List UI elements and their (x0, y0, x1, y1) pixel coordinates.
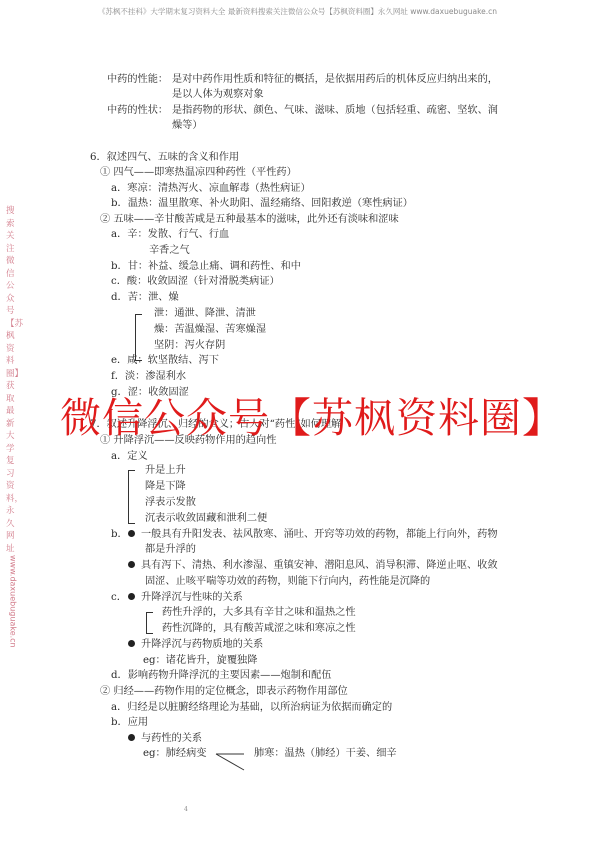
definition-entry: 降是下降 (145, 480, 186, 494)
section-6-title: 6．叙述四气、五味的含义和作用 (90, 151, 239, 165)
bracket-line (128, 470, 135, 524)
bullet-icon (128, 530, 135, 537)
definition-label: a．定义 (111, 450, 148, 464)
bullet-icon (128, 640, 135, 647)
bullet-icon (128, 593, 135, 600)
siqi-title: ① 四气——即寒热温凉四种药性（平性药） (100, 166, 297, 180)
definition-text: 是指药物的形状、颜色、气味、滋味、质地（包括轻重、疏密、坚软、润 (172, 104, 498, 118)
b-bullet-item-cont: 固涩、止咳平喘等功效的药物，则能下行向内，药性能是沉降的 (145, 575, 430, 589)
c-bullet-item: 升降浮沉与性味的关系 (128, 591, 243, 605)
bullet-icon (128, 561, 135, 568)
ku-subitem: 燥：苦温燥湿、苦寒燥湿 (154, 323, 266, 337)
side-watermark-text: 搜索关注微信公众号【苏枫资料圈】获取最新大学复习资料，永久网址 (6, 206, 23, 554)
c-label: c． (111, 591, 127, 605)
definition-entry: 升是上升 (145, 464, 186, 478)
ku-subitem: 坚阴：泻火存阴 (154, 339, 225, 353)
c-bullet-item: 升降浮沉与药物质地的关系 (128, 638, 263, 652)
bullet-icon (128, 734, 135, 741)
page-header-banner: 《苏枫不挂科》大学期末复习资料大全 最新资料搜索关注微信公众号【苏枫资料圈】永久… (0, 6, 595, 17)
guijing-item: a．归经是以脏腑经络理论为基础，以所治病证为依据而确定的 (111, 701, 392, 715)
definition-text: 燥等） (172, 119, 203, 133)
wuwei-item: b．甘：补益、缓急止痛、调和药性、和中 (111, 260, 301, 274)
ku-subitem: 泄：通泄、降泄、清泄 (154, 307, 256, 321)
definition-term: 中药的性能： (107, 73, 168, 87)
wuwei-item: a．辛：发散、行气、行血 (111, 228, 229, 242)
wuwei-title: ② 五味——辛甘酸苦咸是五种最基本的滋味，此外还有淡味和涩味 (100, 213, 399, 227)
definition-text: 是以人体为观察对象 (172, 88, 264, 102)
definition-entry: 沉表示收敛固藏和泄利二便 (145, 512, 267, 526)
d-item: d．影响药物升降浮沉的主要因素——炮制和配伍 (111, 669, 331, 683)
b-label: b． (111, 528, 128, 542)
guijing-bullet-item: 与药性的关系 (128, 732, 202, 746)
c-subitem: 药性升浮的，大多具有辛甘之味和温热之性 (162, 606, 356, 620)
branch-arrow-lines (214, 748, 250, 772)
example-text: eg：诸花皆升，旋覆独降 (143, 654, 257, 668)
siqi-item: b．温热：温里散寒、补火助阳、温经痛络、回阳救逆（寒性病证） (111, 197, 413, 211)
side-vertical-watermark: 搜索关注微信公众号【苏枫资料圈】获取最新大学复习资料，永久网址 www.daxu… (6, 205, 16, 652)
example-left: eg：肺经病变 (143, 747, 207, 761)
definition-text: 是对中药作用性质和特征的概括，是依据用药后的机体反应归纳出来的， (172, 73, 498, 87)
side-watermark-url: www.daxuebuguake.cn (6, 555, 19, 648)
definition-term: 中药的性状： (107, 104, 168, 118)
page-number: 4 (184, 806, 188, 813)
wuwei-item: c．酸：收敛固涩（针对滑脱类病证） (111, 275, 280, 289)
guijing-item: b．应用 (111, 716, 148, 730)
definition-entry: 浮表示发散 (145, 496, 196, 510)
siqi-item: a．寒凉：清热泻火、凉血解毒（热性病证） (111, 182, 311, 196)
center-watermark: 微信公众号【苏枫资料圈】 (60, 393, 564, 443)
b-bullet-item: 一般具有升阳发表、祛风散寒、涌吐、开窍等功效的药物，都能上行向外，药物 (128, 528, 498, 542)
bracket-line (146, 612, 153, 634)
example-right: 肺寒：温热（肺经）干姜、细辛 (254, 747, 397, 761)
wuwei-item: 辛香之气 (149, 244, 190, 258)
b-bullet-item-cont: 都是升浮的 (145, 543, 196, 557)
wuwei-item: e．咸：软坚散结、泻下 (111, 354, 219, 368)
wuwei-item: d．苦：泄、燥 (111, 291, 179, 305)
wuwei-item: f．淡：渗湿利水 (111, 370, 186, 384)
c-subitem: 药性沉降的，具有酸苦咸涩之味和寒凉之性 (162, 622, 356, 636)
guijing-title: ② 归经——药物作用的定位概念，即表示药物作用部位 (100, 685, 348, 699)
b-bullet-item: 具有泻下、清热、利水渗湿、重镇安神、潜阳息风、消导积滞、降逆止呕、收敛 (128, 559, 498, 573)
